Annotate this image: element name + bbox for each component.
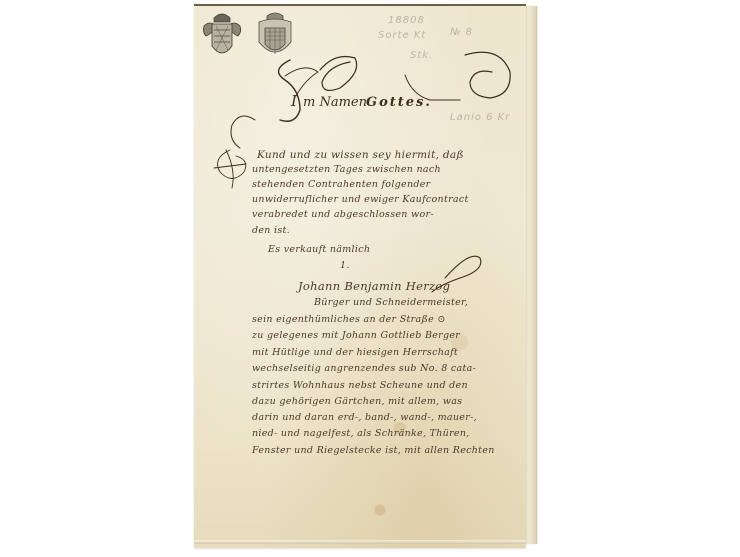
- body-line: mit Hütlige und der hiesigen Herrschaft: [252, 347, 458, 358]
- body-line: wechselseitig angrenzendes sub No. 8 cat…: [252, 363, 476, 374]
- heading-initial: I: [291, 92, 297, 110]
- body-line: Bürger und Schneidermeister,: [314, 297, 468, 308]
- body-line: darin und daran erd-, band-, wand-, maue…: [252, 412, 477, 423]
- body-line: sein eigenthümliches an der Straße ⊙: [252, 314, 446, 325]
- body-line: den ist.: [252, 225, 290, 236]
- body-line: dazu gehörigen Gärtchen, mit allem, was: [252, 396, 462, 407]
- heading-word: Gottes.: [366, 95, 432, 110]
- body-line: Es verkauft nämlich: [268, 244, 370, 255]
- body-line: nied- und nagelfest, als Schränke, Thüre…: [252, 428, 470, 439]
- body-line: Kund und zu wissen sey hiermit, daß: [257, 149, 464, 161]
- body-line: stehenden Contrahenten folgender: [252, 179, 431, 190]
- body-line: untengesetzten Tages zwischen nach: [252, 164, 441, 175]
- body-line: zu gelegenes mit Johann Gottlieb Berger: [252, 330, 460, 341]
- body-line: Fenster und Riegelstecke ist, mit allen …: [252, 445, 495, 456]
- heading-text: m Namen: [303, 95, 367, 110]
- body-line: verabredet und abgeschlossen wor-: [252, 209, 434, 220]
- body-line: strirtes Wohnhaus nebst Scheune und den: [252, 380, 468, 391]
- body-line: unwiderruflicher und ewiger Kaufcontract: [252, 194, 469, 205]
- item-number: 1.: [340, 260, 350, 271]
- document-scan: 18808 Sorte Kt № 8 Stk. Lanio 6 Kr I m N…: [0, 0, 740, 557]
- seller-name: Johann Benjamin Herzog: [298, 279, 450, 293]
